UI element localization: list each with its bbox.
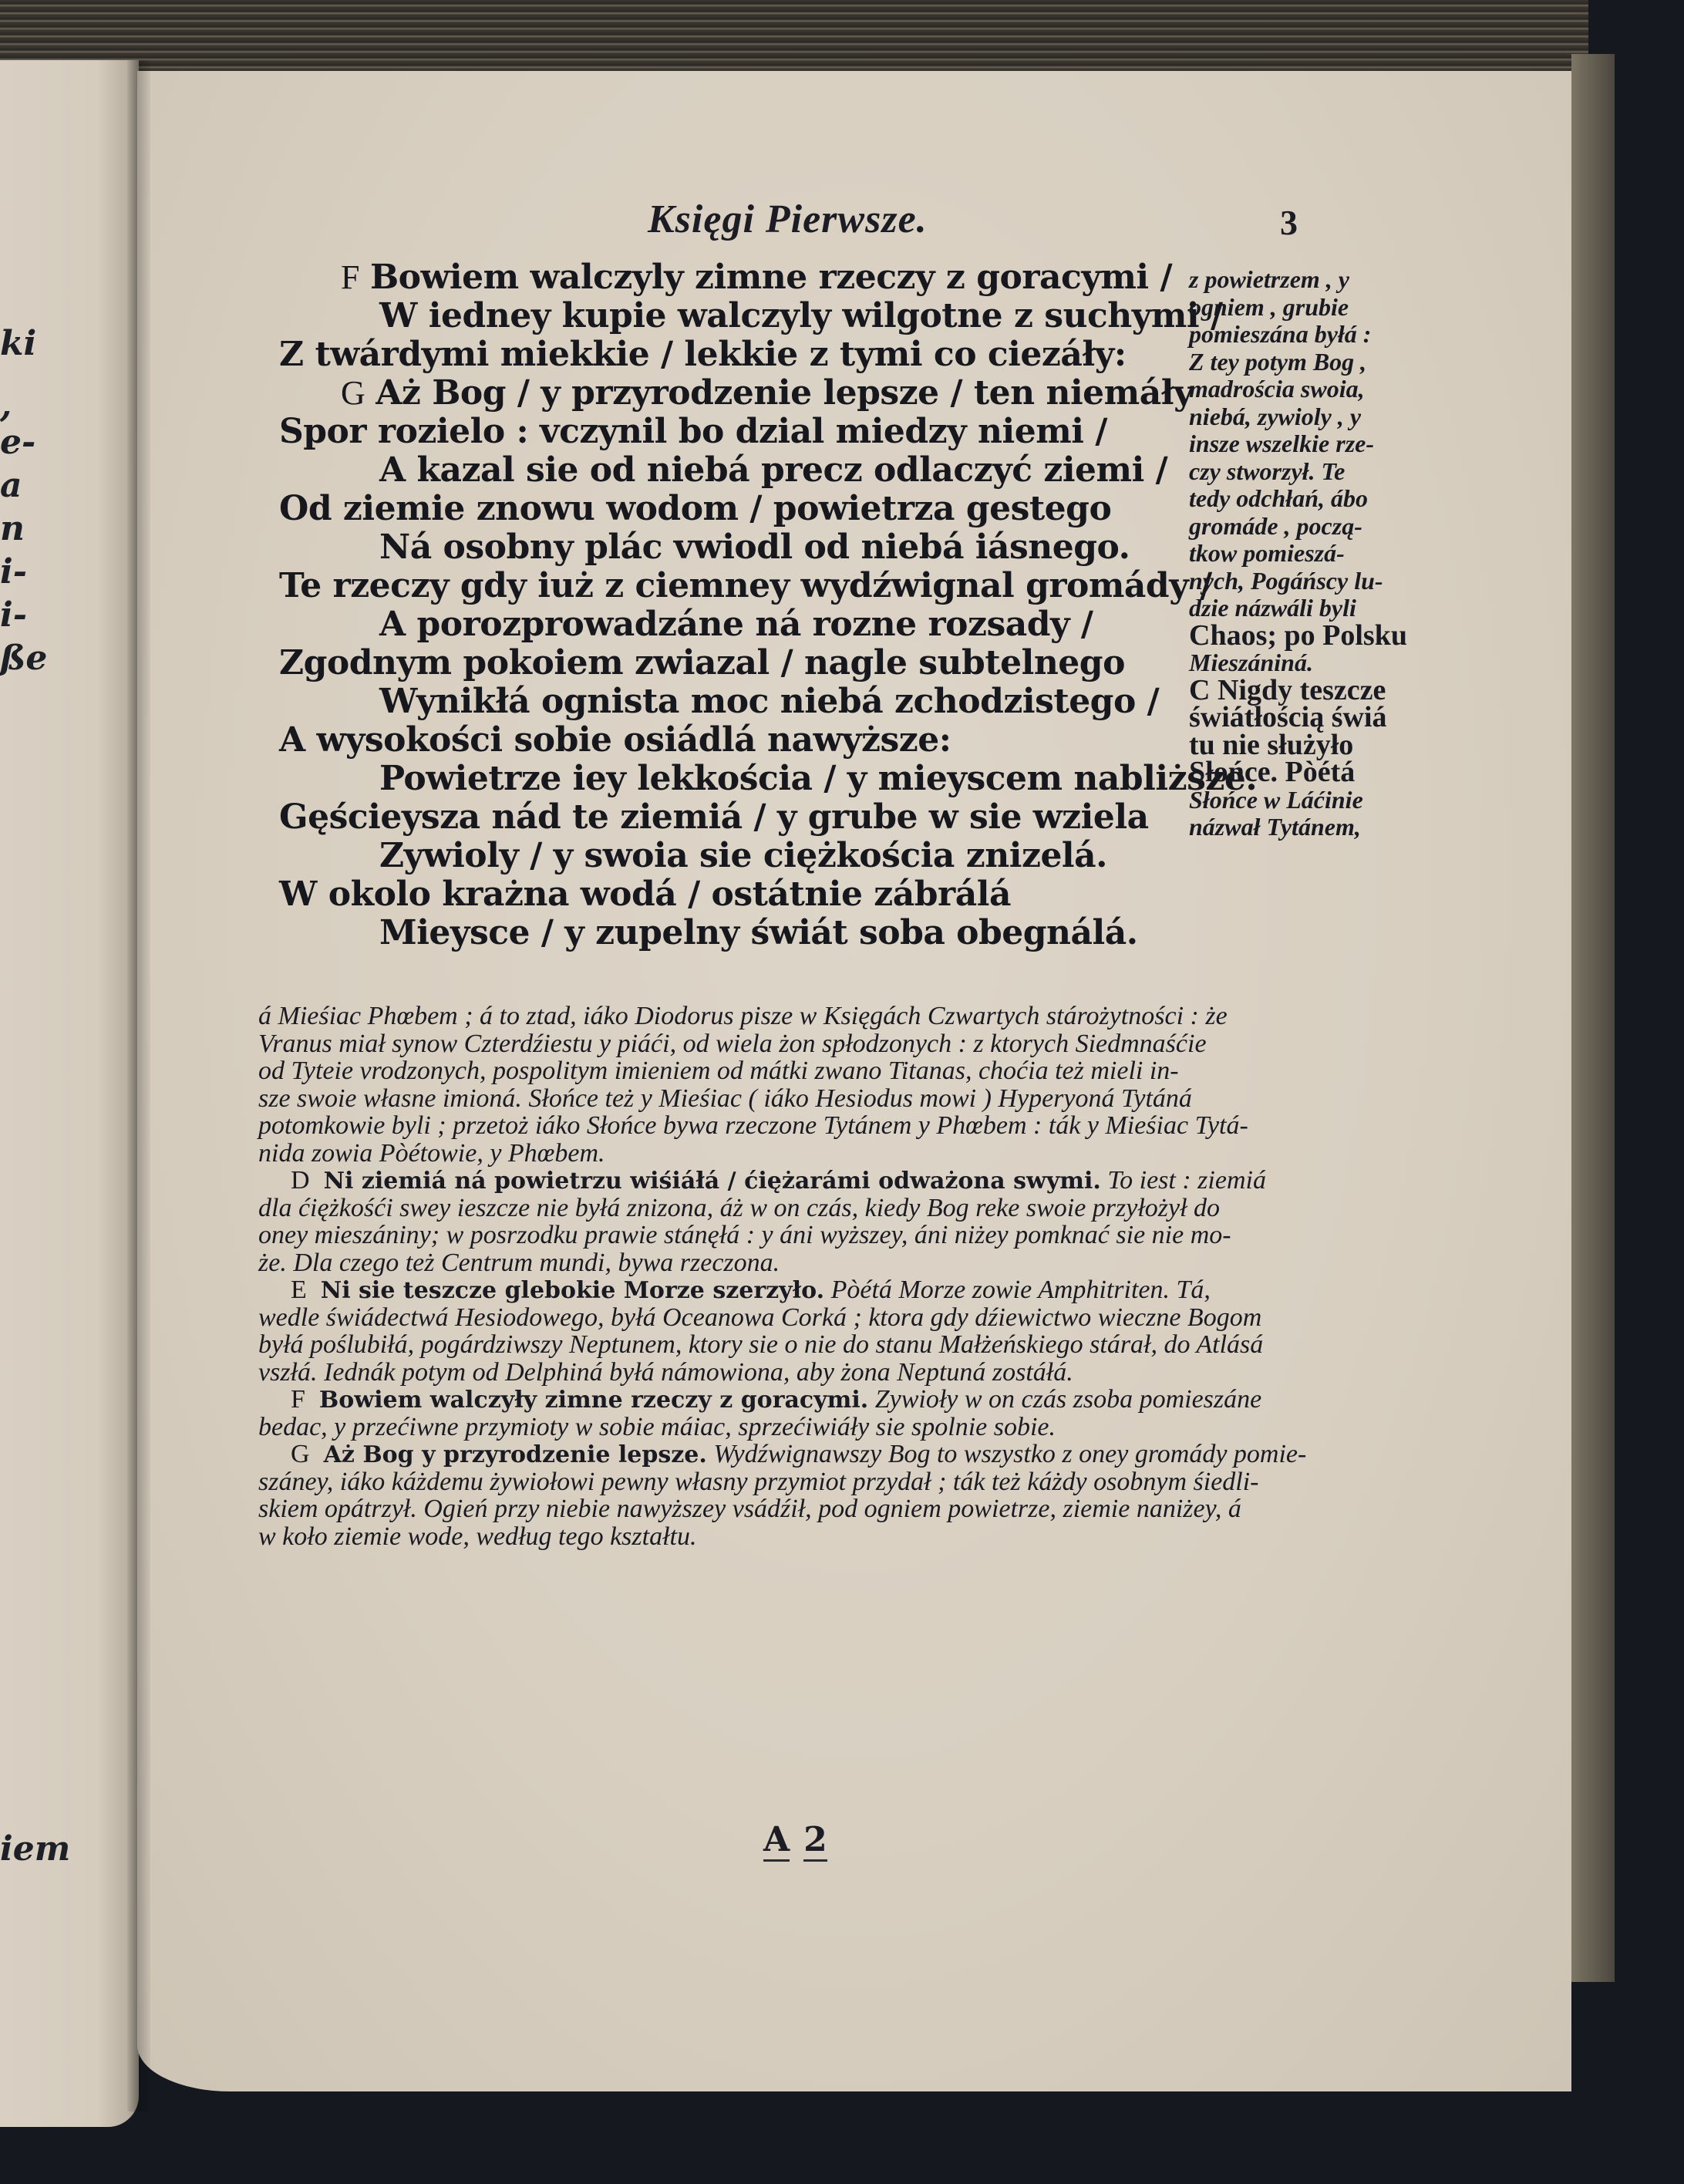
gloss-line: gromáde , począ- [1189,513,1420,541]
note-text: od Tyteie vrodzonych, pospolitym imienie… [258,1057,1179,1085]
note-text: oney mieszániny; w posrzodku prawie stán… [258,1221,1231,1249]
note-line: potomkowie byli ; przetoż iáko Słońce by… [258,1112,1415,1140]
note-line: vszłá. Iednák potym od Delphiná byłá nám… [258,1359,1415,1387]
gloss-line: Z tey potym Bog , [1189,349,1420,376]
note-text: bedac, y przećiwne przymioty w sobie mái… [258,1413,1056,1441]
note-text: nida zowia Pòétowie, y Phœbem. [258,1139,605,1168]
verse-text: Ná osobny plác vwiodl od niebá iásnego. [379,527,1130,567]
gloss-line: świátłością świá [1189,704,1420,732]
note-key-letter: G [341,374,365,412]
verse-text: Mieysce / y zupelny świát soba obegnálá. [379,913,1138,952]
note-text: dla ćiężkośći swey ieszcze nie byłá zniz… [258,1194,1220,1222]
note-text: Wydźwignawszy Bog to wszystko z oney gro… [707,1440,1307,1468]
page-number: 3 [1280,202,1298,243]
note-text: skiem opátrzył. Ogień przy niebie nawyżs… [258,1495,1241,1523]
left-page-fragment: i- [0,595,31,635]
note-line: száney, iáko káżdemu żywiołowi pewny wła… [258,1468,1415,1496]
note-key-letter: G [291,1440,310,1468]
note-line: á Mieśiac Phœbem ; á to ztad, iáko Diodo… [258,1003,1415,1030]
verse-line: Te rzeczy gdy iuż z ciemney wydźwignal g… [279,567,1166,605]
gloss-line: tu nie służyło [1189,732,1420,760]
note-line: dla ćiężkośći swey ieszcze nie byłá zniz… [258,1195,1415,1222]
book-gutter [127,60,150,2112]
verse-line: Z twárdymi miekkie / lekkie z tymi co ci… [279,335,1166,374]
gloss-line: Chaos; po Polsku [1189,622,1420,650]
note-line: w koło ziemie wode, według tego kształtu… [258,1523,1415,1551]
verse-line: Zywioly / y swoia sie ciężkościa znizelá… [279,837,1166,875]
gloss-line: dzie názwáli byli [1189,595,1420,622]
gloss-line: názwał Tytánem, [1189,814,1420,841]
note-text: vszłá. Iednák potym od Delphiná byłá nám… [258,1358,1073,1387]
gloss-line: Mieszániná. [1189,649,1420,677]
gloss-line: madrościa swoia, [1189,376,1420,403]
note-line: byłá poślubiłá, pogárdziwszy Neptunem, k… [258,1331,1415,1359]
gloss-line: pomieszána byłá : [1189,321,1420,349]
book-fore-edge [1571,54,1615,1982]
left-page-fragment: a [0,466,31,505]
verse-line: Mieysce / y zupelny świát soba obegnálá. [279,914,1166,952]
verse-text: Aż Bog / y przyrodzenie lepsze / ten nie… [376,373,1193,413]
verse-text: W okolo krażna wodá / ostátnie zábrálá [279,875,1011,914]
gloss-line: niebá, zywioly , y [1189,403,1420,431]
note-lemma: Bowiem walczyły zimne rzeczy z goracymi. [319,1387,868,1414]
note-text: Vranus miał synow Czterdźiestu y piáći, … [258,1030,1207,1058]
left-page-fragment: i- [0,552,31,591]
note-text: sze swoie własne imioná. Słońce też y Mi… [258,1084,1192,1113]
note-line: Vranus miał synow Czterdźiestu y piáći, … [258,1030,1415,1058]
verse-text: Wynikłá ognista moc niebá zchodzistego / [379,682,1159,721]
verse-text: Spor rozielo : vczynil bo dzial miedzy n… [279,412,1107,451]
note-line: skiem opátrzył. Ogień przy niebie nawyżs… [258,1495,1415,1523]
left-page-fragment: ki [0,324,31,363]
verse-line: Wynikłá ognista moc niebá zchodzistego / [279,682,1166,721]
verse-text: Zywioly / y swoia sie ciężkościa znizelá… [379,836,1107,875]
note-text: wedle świádectwá Hesiodowego, byłá Ocean… [258,1303,1261,1332]
verse-text: Z twárdymi miekkie / lekkie z tymi co ci… [279,335,1127,374]
verse-text: Gęścieysza nád te ziemiá / y grube w sie… [279,797,1149,837]
verse-text: A wysokości sobie osiádlá nawyższe: [279,720,951,760]
left-page-fragment: e- [0,423,31,462]
verse-line: W iedney kupie walczyly wilgotne z suchy… [279,297,1166,335]
verse-line: GAż Bog / y przyrodzenie lepsze / ten ni… [279,374,1166,413]
verse-text: Bowiem walczyly zimne rzeczy z goracymi … [370,258,1172,297]
verse-text: Te rzeczy gdy iuż z ciemney wydźwignal g… [279,566,1212,605]
note-text: To iest : ziemiá [1101,1166,1266,1195]
note-key-letter: E [291,1276,307,1304]
note-text: Pòétá Morze zowie Amphitriten. Tá, [824,1276,1211,1304]
note-text: w koło ziemie wode, według tego kształtu… [258,1522,697,1551]
gloss-line: Słońce w Láćinie [1189,787,1420,814]
left-page-fragment: , [0,386,31,425]
verse-line: Ná osobny plác vwiodl od niebá iásnego. [279,528,1166,567]
note-line: od Tyteie vrodzonych, pospolitym imienie… [258,1057,1415,1085]
note-key-letter: F [291,1385,305,1414]
note-line: sze swoie własne imioná. Słońce też y Mi… [258,1085,1415,1113]
verse-text: Od ziemie znowu wodom / powietrza gesteg… [279,489,1111,528]
left-page-fragment: iem [0,1829,31,1869]
gloss-line: C Nigdy teszcze [1189,677,1420,705]
verse-line: W okolo krażna wodá / ostátnie zábrálá [279,875,1166,914]
verse-line: Powietrze iey lekkościa / y mieyscem nab… [279,760,1166,798]
gloss-line: czy stworzył. Te [1189,458,1420,486]
verse-line: A porozprowadzáne ná rozne rozsady / [279,605,1166,644]
gloss-line: nych, Pogáńscy lu- [1189,568,1420,595]
note-line: bedac, y przećiwne przymioty w sobie mái… [258,1414,1415,1441]
note-text: potomkowie byli ; przetoż iáko Słońce by… [258,1111,1248,1140]
left-page-fragment: n [0,509,31,548]
verse-text: W iedney kupie walczyly wilgotne z suchy… [379,296,1223,335]
gloss-line: tedy odchłań, ábo [1189,485,1420,513]
note-lemma: Ni ziemiá ná powietrzu wiśiáłá / ćiężará… [324,1168,1101,1195]
left-facing-page [0,60,139,2127]
note-line: że. Dla czego też Centrum mundi, bywa rz… [258,1249,1415,1277]
note-line: wedle świádectwá Hesiodowego, byłá Ocean… [258,1304,1415,1332]
gloss-line: tkow pomieszá- [1189,540,1420,568]
verse-text: Zgodnym pokoiem zwiazal / nagle subtelne… [279,643,1125,682]
gloss-line: insze wszelkie rze- [1189,430,1420,458]
note-line: ENi sie teszcze glebokie Morze szerzyło.… [258,1276,1415,1304]
signature-number: 2 [803,1820,827,1862]
gloss-line: ogniem , grubie [1189,294,1420,322]
signature-mark: A2 [763,1820,841,1862]
note-line: GAż Bog y przyrodzenie lepsze. Wydźwigna… [258,1441,1415,1468]
note-lemma: Ni sie teszcze glebokie Morze szerzyło. [321,1277,824,1304]
note-text: Zywioły w on czás zsoba pomieszáne [868,1385,1261,1414]
left-page-fragment: ße [0,639,31,678]
note-line: oney mieszániny; w posrzodku prawie stán… [258,1222,1415,1249]
note-text: száney, iáko káżdemu żywiołowi pewny wła… [258,1468,1259,1496]
book-top-edge [0,0,1588,73]
note-line: DNi ziemiá ná powietrzu wiśiáłá / ćiężar… [258,1167,1415,1195]
verse-line: Zgodnym pokoiem zwiazal / nagle subtelne… [279,644,1166,682]
verse-line: Gęścieysza nád te ziemiá / y grube w sie… [279,798,1166,837]
note-line: FBowiem walczyły zimne rzeczy z goracymi… [258,1386,1415,1414]
verse-line: Od ziemie znowu wodom / powietrza gesteg… [279,490,1166,528]
gloss-line: Słońce. Pòétá [1189,759,1420,787]
note-lemma: Aż Bog y przyrodzenie lepsze. [324,1441,707,1468]
verse-line: Spor rozielo : vczynil bo dzial miedzy n… [279,413,1166,451]
verse-line: A wysokości sobie osiádlá nawyższe: [279,721,1166,760]
note-text: że. Dla czego też Centrum mundi, bywa rz… [258,1249,780,1277]
verse-text: Powietrze iey lekkościa / y mieyscem nab… [379,759,1257,798]
verse-text: A kazal sie od niebá precz odlaczyć ziem… [379,450,1167,490]
note-key-letter: F [341,258,359,296]
note-line: nida zowia Pòétowie, y Phœbem. [258,1140,1415,1168]
verse-block: FBowiem walczyly zimne rzeczy z goracymi… [279,258,1166,952]
note-key-letter: D [291,1166,310,1195]
note-text: byłá poślubiłá, pogárdziwszy Neptunem, k… [258,1330,1263,1359]
verse-text: A porozprowadzáne ná rozne rozsady / [379,605,1093,644]
marginal-gloss: z powietrzem , yogniem , grubiepomieszán… [1189,266,1420,841]
verse-line: FBowiem walczyly zimne rzeczy z goracymi… [279,258,1166,297]
running-head: Księgi Pierwsze. [648,197,928,242]
signature-letter: A [763,1820,790,1862]
verse-line: A kazal sie od niebá precz odlaczyć ziem… [279,451,1166,490]
note-text: á Mieśiac Phœbem ; á to ztad, iáko Diodo… [258,1002,1228,1030]
gloss-line: z powietrzem , y [1189,266,1420,294]
commentary-notes: á Mieśiac Phœbem ; á to ztad, iáko Diodo… [258,1003,1415,1550]
